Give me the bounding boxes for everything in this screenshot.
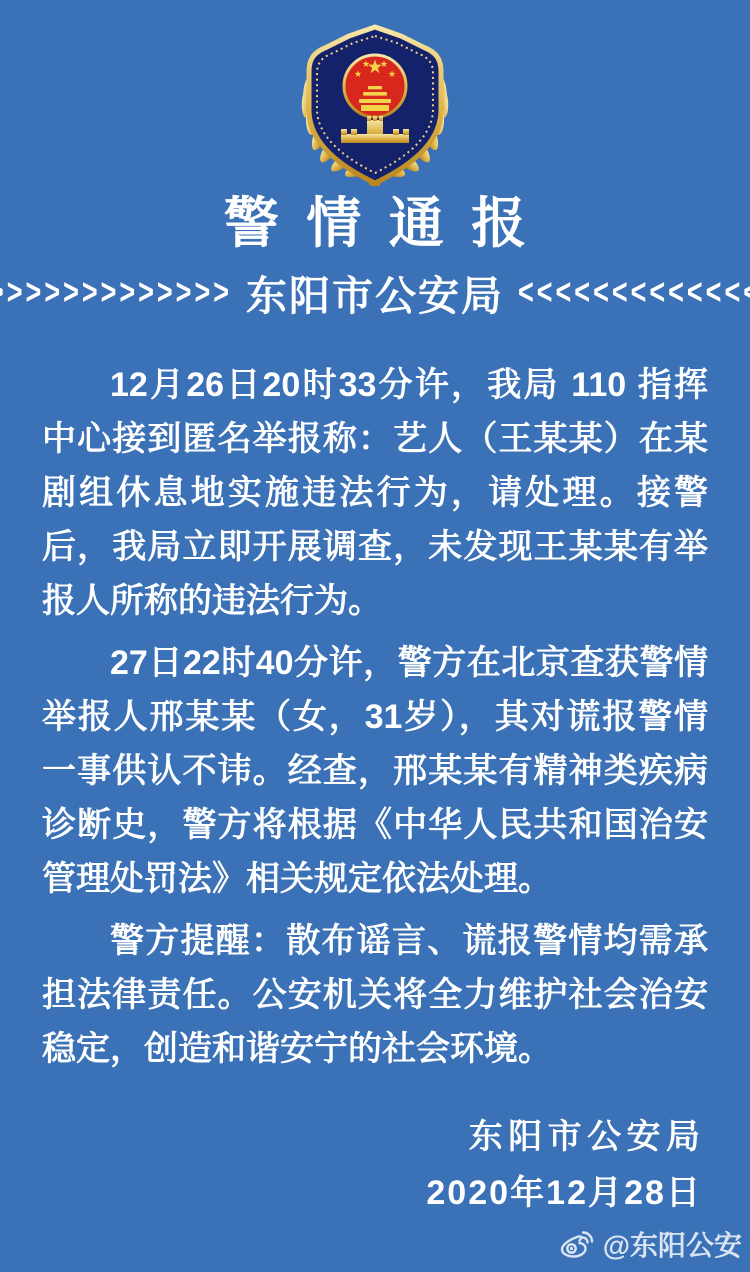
police-notice-poster: 警情通报 >>>>>>>>>>>>>>>>>> 东阳市公安局 <<<<<<<<<… — [0, 0, 750, 1272]
emblem-container — [0, 0, 750, 186]
banner-agency-name: 东阳市公安局 — [246, 266, 504, 318]
signature-block: 东阳市公安局 2020年12月28日 — [0, 1112, 750, 1218]
watermark-handle: @东阳公安 — [603, 1224, 742, 1264]
notice-title: 警情通报 — [0, 192, 750, 254]
left-chevrons: >>>>>>>>>>>>>>>>>> — [0, 271, 232, 313]
paragraph-2: 27日22时40分许，警方在北京查获警情举报人邢某某（女，31岁），其对谎报警情… — [42, 636, 708, 906]
police-badge-icon — [275, 22, 475, 186]
paragraph-1: 12月26日20时33分许，我局 110 指挥中心接到匿名举报称：艺人（王某某）… — [42, 358, 708, 628]
watermark: @东阳公安 — [558, 1224, 742, 1264]
signature-agency: 东阳市公安局 — [0, 1112, 705, 1162]
agency-banner: >>>>>>>>>>>>>>>>>> 东阳市公安局 <<<<<<<<<<<<<<… — [0, 266, 750, 318]
signature-date: 2020年12月28日 — [0, 1168, 702, 1218]
right-chevrons: <<<<<<<<<<<<<<<<<< — [518, 271, 750, 313]
weibo-icon — [558, 1228, 596, 1260]
paragraph-3: 警方提醒：散布谣言、谎报警情均需承担法律责任。公安机关将全力维护社会治安稳定，创… — [42, 914, 708, 1076]
notice-body: 12月26日20时33分许，我局 110 指挥中心接到匿名举报称：艺人（王某某）… — [42, 358, 708, 1076]
